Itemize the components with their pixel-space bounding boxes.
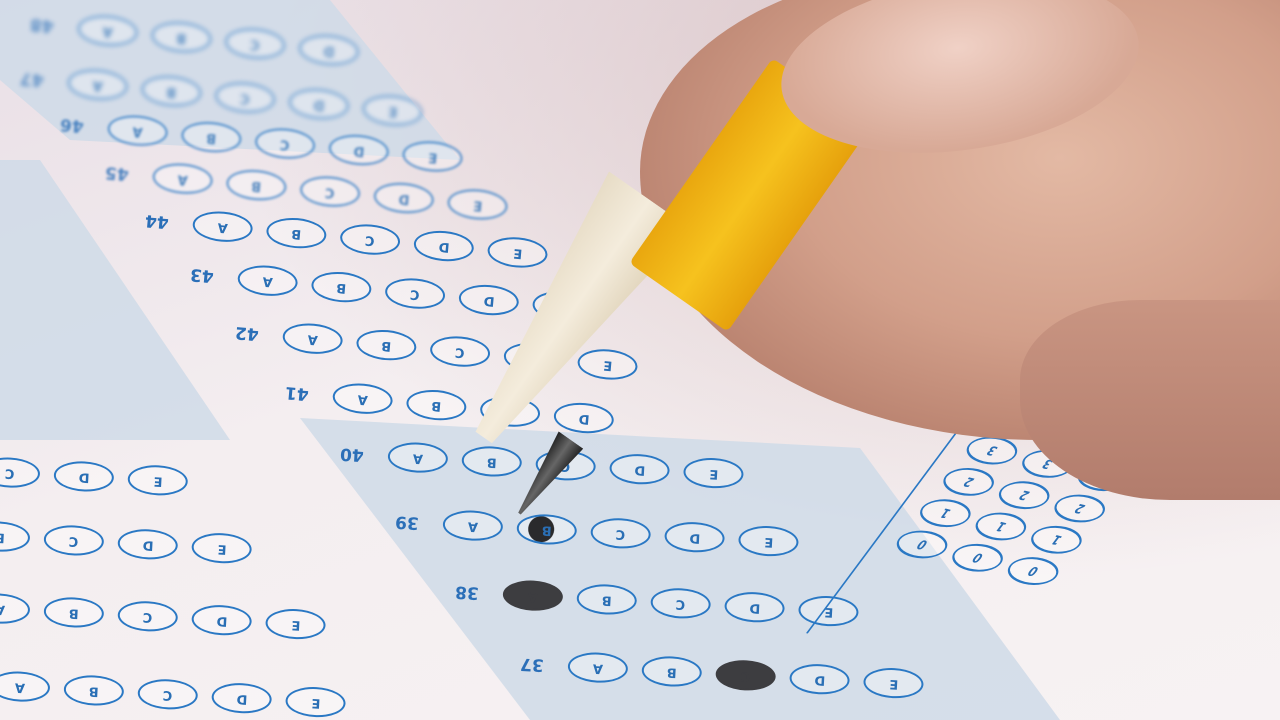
bubble[interactable]: D — [413, 228, 475, 263]
digit-bubble[interactable]: 0 — [945, 539, 1011, 576]
bubble[interactable]: A — [66, 67, 128, 102]
bubble[interactable]: A — [281, 321, 343, 356]
bubble[interactable]: B — [63, 674, 124, 707]
bubble[interactable]: C — [254, 126, 316, 161]
bubble[interactable]: A — [567, 651, 628, 684]
bubble[interactable]: A — [0, 592, 31, 625]
bubble[interactable]: C — [137, 678, 198, 711]
bubble[interactable]: D — [191, 604, 252, 637]
bubble[interactable]: C — [43, 524, 104, 557]
bubble[interactable]: E — [486, 235, 548, 270]
bubble[interactable]: E — [738, 525, 799, 558]
bubble[interactable]: B — [225, 168, 287, 203]
bubble[interactable]: D — [211, 682, 272, 715]
digit-bubble[interactable]: 2 — [936, 464, 1002, 501]
bubble[interactable]: B — [310, 270, 372, 305]
digit-bubble[interactable]: 1 — [1024, 521, 1090, 558]
bubble[interactable]: D — [117, 528, 178, 561]
bubble[interactable]: D — [298, 32, 360, 67]
bubble[interactable]: B — [641, 655, 702, 688]
bubble[interactable]: B — [576, 583, 637, 616]
bubble[interactable]: B — [265, 216, 327, 251]
bubble[interactable]: E — [127, 464, 188, 497]
bubble[interactable]: C — [650, 587, 711, 620]
bubble[interactable]: A — [76, 13, 138, 48]
bubble[interactable]: D — [789, 663, 850, 696]
bubble[interactable]: C — [590, 517, 651, 550]
bubble[interactable]: E — [265, 608, 326, 641]
bubble[interactable]: D — [288, 86, 350, 121]
bubble[interactable]: C — [224, 26, 286, 61]
bubble[interactable]: A — [106, 113, 168, 148]
bubble[interactable]: C — [299, 174, 361, 209]
digit-bubble[interactable]: 1 — [912, 495, 978, 532]
bubble[interactable]: D — [724, 591, 785, 624]
bubble[interactable]: A — [0, 670, 51, 703]
digit-bubble[interactable]: 2 — [1047, 490, 1113, 527]
bubble[interactable]: A — [331, 381, 393, 416]
bubble[interactable]: C — [117, 600, 178, 633]
digit-bubble[interactable]: 2 — [991, 477, 1057, 514]
bubble[interactable]: B — [140, 74, 202, 109]
bubble[interactable]: E — [576, 347, 638, 382]
bubble[interactable]: D — [458, 282, 520, 317]
bubble[interactable]: A — [236, 263, 298, 298]
bubble-being-filled[interactable]: B — [516, 513, 577, 546]
bubble[interactable]: E — [446, 187, 508, 222]
bubble[interactable]: C — [429, 334, 491, 369]
digit-bubble[interactable]: 0 — [889, 526, 955, 563]
bubble[interactable]: B — [43, 596, 104, 629]
bubble[interactable]: A — [442, 509, 503, 542]
bubble[interactable]: E — [401, 139, 463, 174]
bubble[interactable]: D — [664, 521, 725, 554]
bubble[interactable]: D — [553, 400, 615, 435]
digit-bubble[interactable]: 0 — [1000, 553, 1066, 590]
bubble[interactable]: E — [361, 93, 423, 128]
bubble[interactable]: A — [387, 441, 448, 474]
bubble[interactable]: B — [355, 328, 417, 363]
bubble[interactable]: D — [373, 180, 435, 215]
bubble[interactable]: E — [191, 532, 252, 565]
bubble[interactable]: C — [0, 456, 41, 489]
bubble[interactable]: A — [151, 161, 213, 196]
bubble[interactable]: B — [0, 520, 31, 553]
bubble[interactable]: B — [180, 120, 242, 155]
bubble[interactable]: E — [285, 686, 346, 719]
bubble[interactable]: B — [150, 20, 212, 55]
bubble[interactable]: C — [339, 222, 401, 257]
bubble[interactable]: D — [609, 453, 670, 486]
bubble[interactable]: A — [191, 209, 253, 244]
bubble[interactable]: E — [863, 667, 924, 700]
bubble-filled[interactable]: A — [502, 579, 563, 612]
bubble-filled[interactable]: C — [715, 659, 776, 692]
bubble[interactable]: C — [214, 80, 276, 115]
bubble[interactable]: C — [384, 276, 446, 311]
bubble[interactable]: D — [328, 132, 390, 167]
bubble[interactable]: B — [405, 388, 467, 423]
photo-scene: 48 A B C D 47 A B C D E 46 A B C D E 45 … — [0, 0, 1280, 720]
digit-bubble[interactable]: 1 — [968, 508, 1034, 545]
bubble[interactable]: B — [461, 445, 522, 478]
bubble[interactable]: E — [683, 457, 744, 490]
bubble[interactable]: D — [53, 460, 114, 493]
